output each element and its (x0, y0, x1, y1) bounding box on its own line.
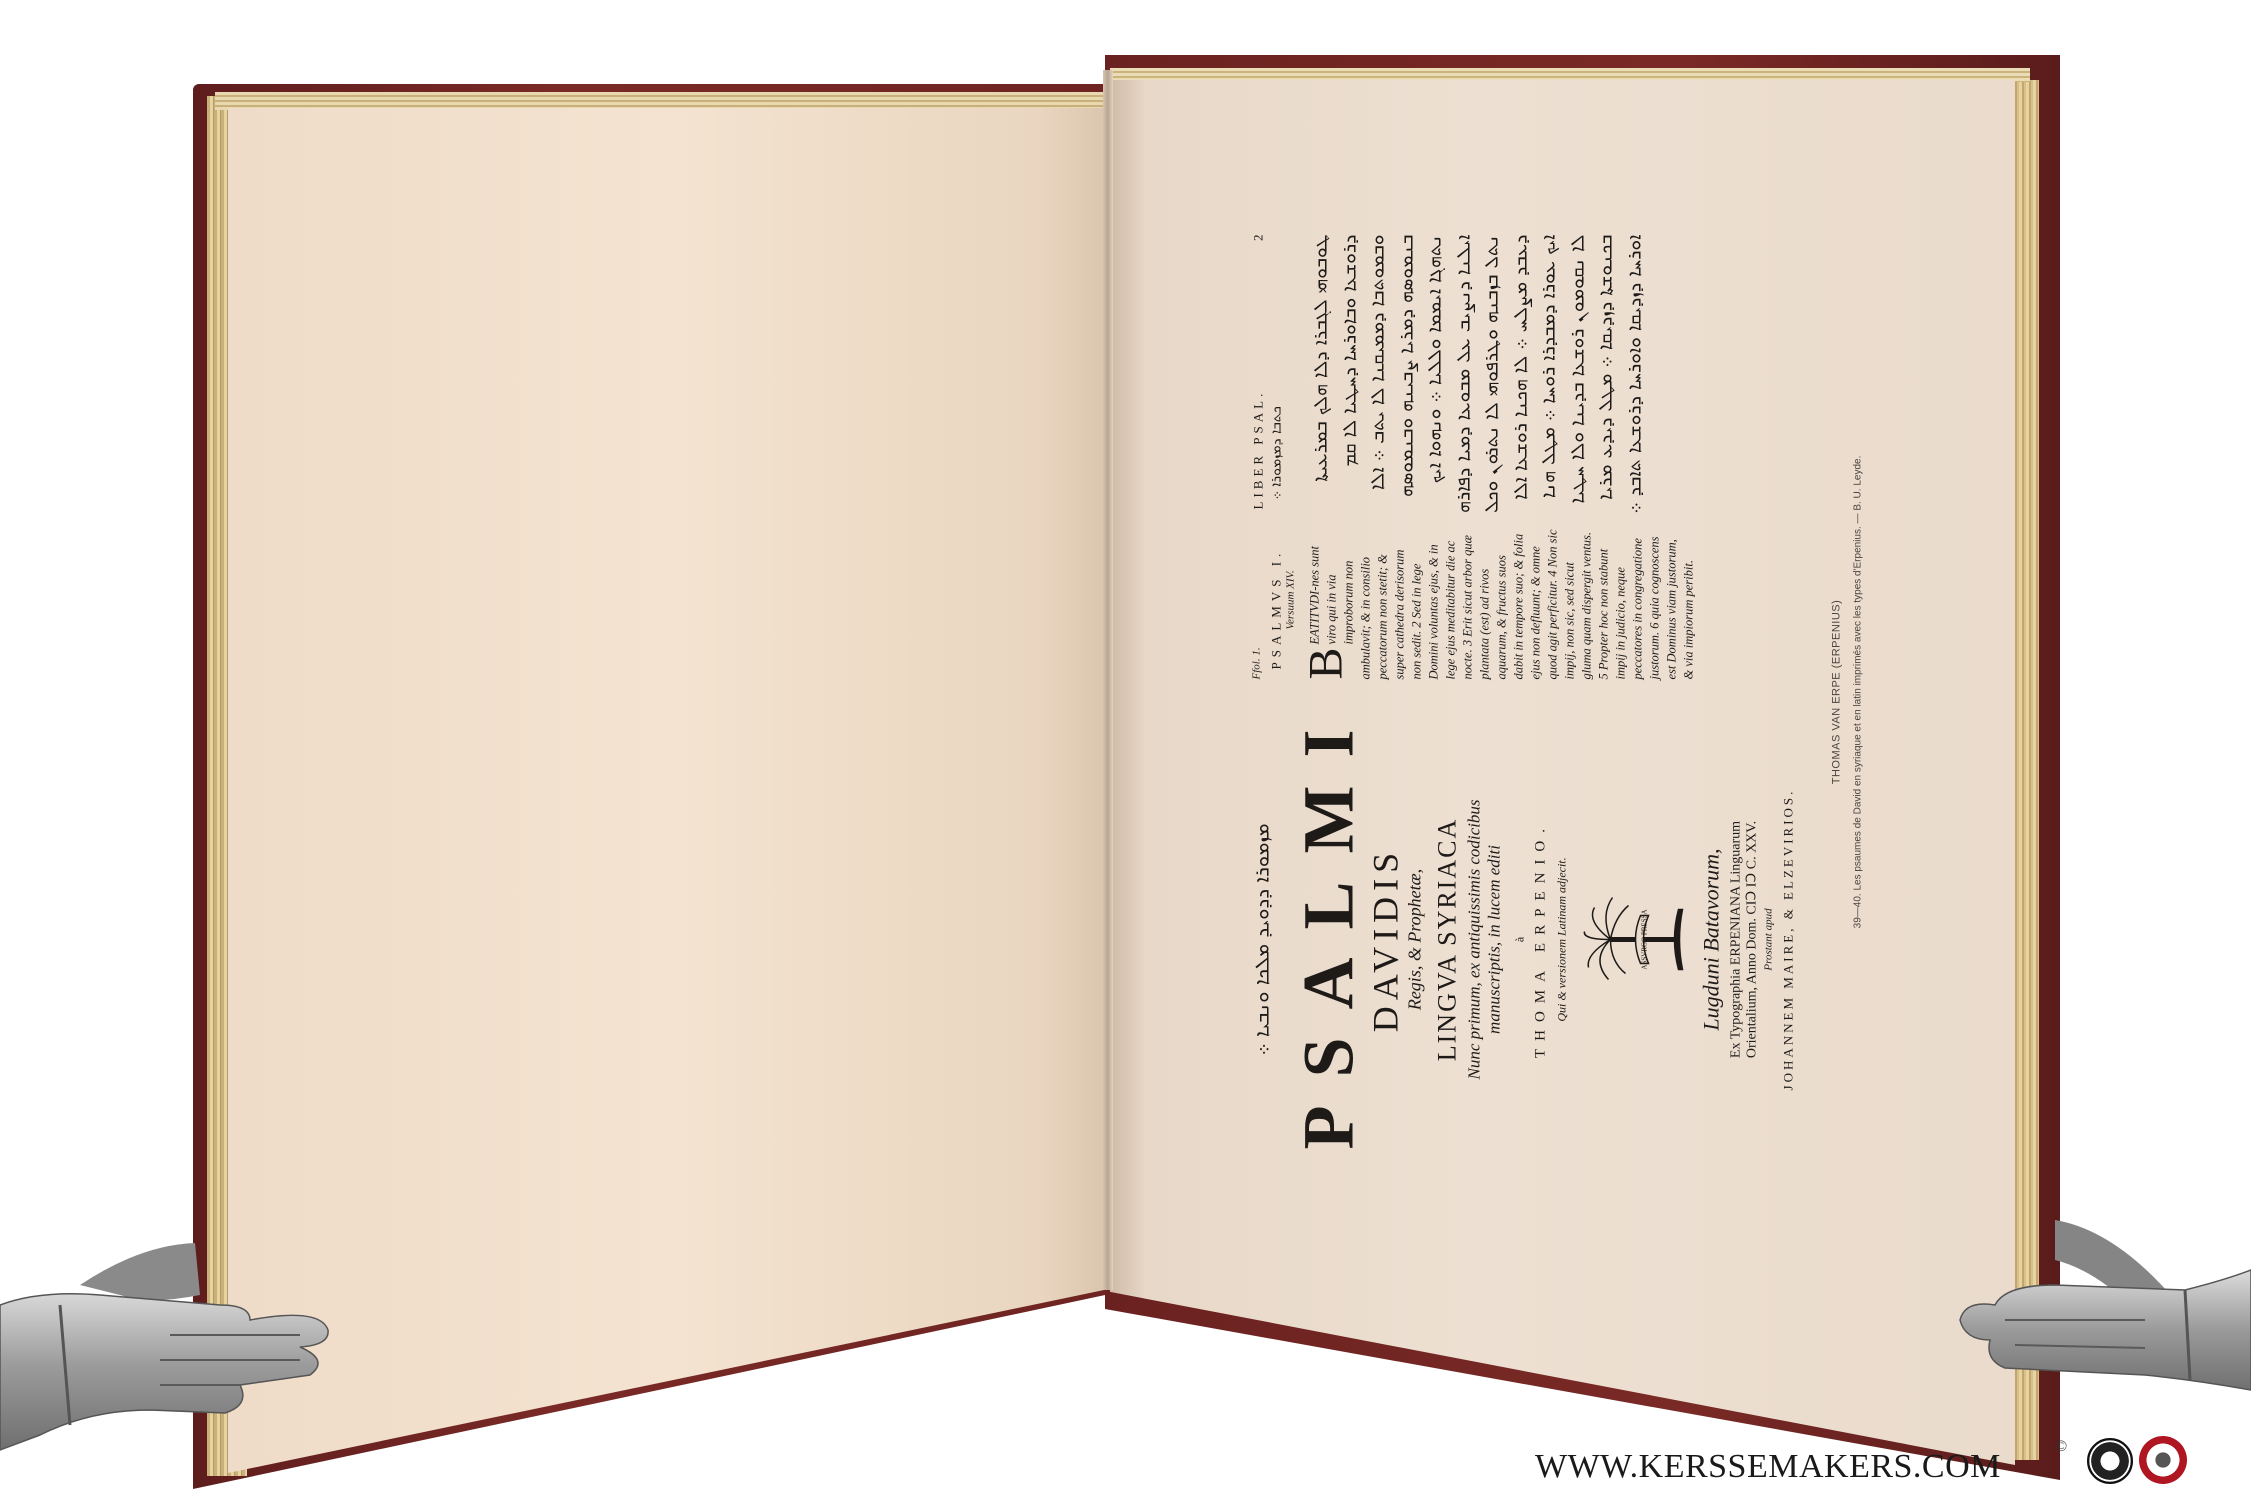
imprint-place: Lugduni Batavorum, (1698, 730, 1724, 1150)
ilab-logo-icon (2139, 1436, 2187, 1484)
psalm-subtitle: Versuum XIV. (1284, 570, 1296, 629)
title-page: ܡܙܡܘܪܐ ܕܕܘܝܕ ܡܠܟܐ ܘܢܒܝܐ ܀ PSALMI DAVIDIS… (1180, 730, 1780, 1150)
publishers: JOHANNEM MAIRE, & ELZEVIRIOS. (1780, 730, 1796, 1150)
left-page-blank (228, 108, 1110, 1473)
running-head: LIBER PSAL. (1250, 390, 1266, 510)
antiquarian-association-logo-icon (2087, 1438, 2133, 1484)
edition-line-1: Nunc primum, ex antiquissimis codicibus (1464, 730, 1484, 1150)
psalm-title: PSALMVS I. (1268, 549, 1284, 670)
sale-note: Prostant apud (1762, 730, 1774, 1150)
page-number: 2 (1250, 235, 1266, 242)
title-psalmi: PSALMI (1292, 730, 1364, 1150)
printer-line-1: Ex Typographia ERPENIANA Linguarum (1728, 730, 1744, 1150)
title-davidis: DAVIDIS (1366, 730, 1404, 1150)
folio-mark: Ffol. 1. (1250, 647, 1262, 679)
page-edges-top-left (215, 92, 1115, 110)
syriac-column: ܛܘܒܘܗܝ ܠܓܒܪܐ ܕܠܐ ܗܠܟ ܒܡܪܥܝܬܐ ܕܪܘܫܥܐ ܘܒܐܘ… (1306, 235, 1648, 520)
book-gutter (1103, 70, 1113, 1290)
printer-line: Ex Typographia ERPENIANA Linguarum Orien… (1728, 730, 1760, 1150)
page-edges-top-right (1110, 68, 2030, 82)
printer-line-2: Orientalium, Anno Dom. CIↃ IↃ C. XXV. (1744, 730, 1760, 1150)
drop-cap: B (1306, 647, 1346, 679)
title-subtitle: Regis, & Prophetæ, (1404, 730, 1425, 1150)
latin-text: EATITVDI-nes sunt viro qui in via improb… (1307, 530, 1695, 680)
svg-text:ASSVRGO PRESSA: ASSVRGO PRESSA (1640, 909, 1648, 969)
plate-captions: THOMAS VAN ERPE (ERPENIUS) 39—40. Les ps… (1830, 235, 1863, 1150)
syriac-title: ܡܙܡܘܪܐ ܕܕܘܝܕ ܡܠܟܐ ܘܢܒܝܐ ܀ (1250, 730, 1272, 1150)
caption-description: 39—40. Les psaumes de David en syriaque … (1852, 235, 1863, 1150)
left-silver-hand-bookend-icon (0, 1235, 330, 1455)
caption-author: THOMAS VAN ERPE (ERPENIUS) (1830, 235, 1842, 1150)
edition-note: Nunc primum, ex antiquissimis codicibus … (1464, 730, 1504, 1150)
syriac-psalm-head: ܟܬܒܐ ܕܡܙܡܘܪܐ ܀ (1268, 406, 1284, 499)
title-language: LINGVA SYRIACA (1432, 730, 1462, 1150)
latin-column: B EATITVDI-nes sunt viro qui in via impr… (1306, 530, 1697, 680)
edition-line-2: manuscriptis, in lucem editi (1484, 730, 1504, 1150)
website-watermark: WWW.KERSSEMAKERS.COM (1535, 1448, 2001, 1486)
palm-tree-printer-device-icon: ASSVRGO PRESSA (1580, 890, 1690, 990)
right-silver-hand-bookend-icon (1945, 1190, 2251, 1420)
editor-name: THOMA ERPENIO. (1532, 730, 1549, 1150)
psalm-page: Ffol. 1. LIBER PSAL. 2 PSALMVS I. Versuu… (1180, 235, 1780, 680)
facsimile-plate: ܡܙܡܘܪܐ ܕܕܘܝܕ ܡܠܟܐ ܘܢܒܝܐ ܀ PSALMI DAVIDIS… (1180, 235, 1870, 1150)
copyright-symbol: © (2055, 1438, 2067, 1456)
preposition-a: à (1512, 730, 1527, 1150)
translation-note: Qui & versionem Latinam adjecit. (1554, 730, 1569, 1150)
